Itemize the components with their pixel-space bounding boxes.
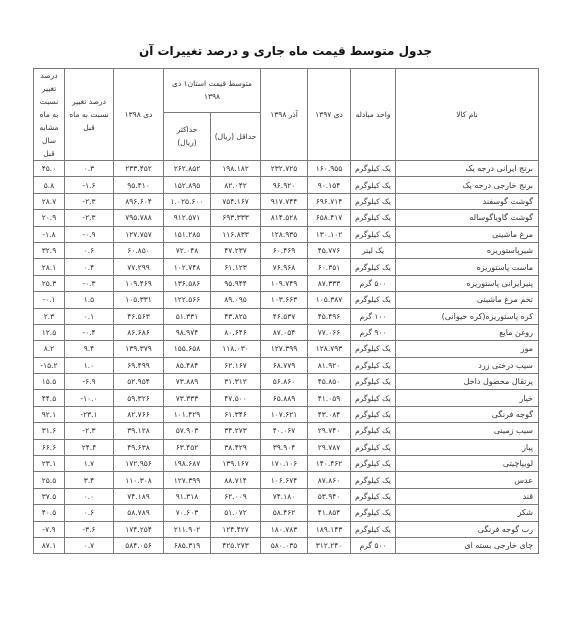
cell-max: ۲۱۱.۹۰۲ <box>164 521 211 537</box>
cell-min: ۴۲۵.۲۷۳ <box>211 537 261 553</box>
cell-dey1398: ۱۷۴.۲۵۴ <box>114 521 164 537</box>
cell-min: ۸۲.۰۴۲ <box>211 177 261 193</box>
cell-min: ۳۱.۳۱۲ <box>211 374 261 390</box>
cell-max: ۷۲.۰۴۸ <box>164 242 211 258</box>
cell-pct-month: ۰.۰ <box>65 488 114 504</box>
cell-name: قند <box>396 488 539 504</box>
header-min: حداقل (ریال) <box>211 112 261 160</box>
cell-azar1398: ۱۰۷.۶۲۱ <box>261 406 308 422</box>
cell-dey1398: ۷۴.۱۸۹ <box>114 488 164 504</box>
cell-azar1398: ۷۴.۱۸۰ <box>261 488 308 504</box>
cell-dey1398: ۹۵.۴۱۰ <box>114 177 164 193</box>
cell-dey1398: ۶۹.۴۹۹ <box>114 357 164 373</box>
cell-dey1397: ۵۳.۹۴۰ <box>308 488 351 504</box>
cell-pct-month: ۳.۶- <box>65 521 114 537</box>
cell-min: ۶۲.۱۶۷ <box>211 357 261 373</box>
cell-azar1398: ۶۵.۸۸۹ <box>261 390 308 406</box>
cell-unit: یک کیلوگرم <box>351 374 396 390</box>
header-dey1397: دی ۱۳۹۷ <box>308 69 351 161</box>
table-row: شکریک کیلوگرم۴۱.۸۵۴۵۸.۴۶۲۵۱.۰۷۲۷۰.۶۰۳۵۸.… <box>34 505 539 521</box>
table-row: کره پاستوریزه(کره حیوانی)۱۰۰ گرم۴۵.۴۹۶۴۶… <box>34 308 539 324</box>
cell-min: ۸۸.۷۱۴ <box>211 472 261 488</box>
cell-name: گوشت گاوياگوساله <box>396 210 539 226</box>
cell-dey1397: ۳۱۲.۲۴۰ <box>308 537 351 553</box>
cell-unit: یک کیلوگرم <box>351 161 396 177</box>
cell-pct-year: ۹۲.۱ <box>34 406 65 422</box>
cell-name: سیب زمینی <box>396 423 539 439</box>
cell-dey1398: ۵۹.۳۲۶ <box>114 390 164 406</box>
cell-pct-year: ۲.۳ <box>34 308 65 324</box>
cell-azar1398: ۸۷.۰۵۴ <box>261 324 308 340</box>
cell-max: ۱۵۱.۲۸۵ <box>164 226 211 242</box>
table-row: پیازیک کیلوگرم۲۹.۷۸۷۳۹.۹۰۴۳۸.۴۲۹۶۳.۴۵۲۴۹… <box>34 439 539 455</box>
cell-dey1397: ۶۵۸.۴۱۷ <box>308 210 351 226</box>
cell-name: پیاز <box>396 439 539 455</box>
table-row: سیب زمینییک کیلوگرم۲۹.۷۴۰۴۰.۰۶۷۳۴.۲۷۳۵۷.… <box>34 423 539 439</box>
cell-azar1398: ۱۲۷.۳۹۹ <box>261 341 308 357</box>
cell-pct-month: ۱.۵ <box>65 292 114 308</box>
cell-pct-month: ۰.۱ <box>65 308 114 324</box>
cell-max: ۱۵۵.۶۵۸ <box>164 341 211 357</box>
cell-azar1398: ۶۸.۷۷۹ <box>261 357 308 373</box>
cell-azar1398: ۹۶.۹۲۰ <box>261 177 308 193</box>
cell-name: چای خارجی بسته ای <box>396 537 539 553</box>
cell-pct-year: ۲۸.۷ <box>34 193 65 209</box>
cell-name: تخم مرغ ماشینی <box>396 292 539 308</box>
cell-pct-month: ۱.۰ <box>65 357 114 373</box>
cell-dey1398: ۵۲.۹۵۴ <box>114 374 164 390</box>
cell-unit: یک کیلوگرم <box>351 472 396 488</box>
cell-max: ۱.۰۲۵.۶۰۰ <box>164 193 211 209</box>
cell-unit: ۹۰۰ گرم <box>351 324 396 340</box>
cell-azar1398: ۴۰.۰۶۷ <box>261 423 308 439</box>
cell-min: ۳۸.۴۲۹ <box>211 439 261 455</box>
cell-name: عدس <box>396 472 539 488</box>
cell-pct-month: ۰.۳- <box>65 275 114 291</box>
table-row: روغن مایع۹۰۰ گرم۷۷.۰۶۶۸۷.۰۵۴۸۰.۶۴۶۹۸.۹۷۴… <box>34 324 539 340</box>
cell-dey1397: ۱۸۹.۱۴۳ <box>308 521 351 537</box>
cell-max: ۹۱۲.۵۷۱ <box>164 210 211 226</box>
cell-min: ۸۹.۰۹۵ <box>211 292 261 308</box>
cell-azar1398: ۱۰۹.۷۴۹ <box>261 275 308 291</box>
cell-azar1398: ۸۱۴.۵۲۸ <box>261 210 308 226</box>
table-row: سیب درختی زردیک کیلوگرم۸۱.۹۲۰۶۸.۷۷۹۶۲.۱۶… <box>34 357 539 373</box>
cell-pct-year: ۱۲.۵ <box>34 324 65 340</box>
cell-unit: یک کیلوگرم <box>351 439 396 455</box>
cell-azar1398: ۵۸.۴۶۲ <box>261 505 308 521</box>
cell-unit: ۵۰۰ گرم <box>351 537 396 553</box>
cell-dey1397: ۲۹.۷۸۷ <box>308 439 351 455</box>
cell-max: ۷۳.۸۸۹ <box>164 374 211 390</box>
cell-min: ۴۳.۸۲۵ <box>211 308 261 324</box>
cell-min: ۷۵۴.۱۶۷ <box>211 193 261 209</box>
cell-max: ۱۲۷.۳۹۹ <box>164 472 211 488</box>
cell-min: ۱۳۹.۱۶۷ <box>211 456 261 472</box>
cell-azar1398: ۳۹.۹۰۴ <box>261 439 308 455</box>
cell-azar1398: ۹۱۷.۷۴۴ <box>261 193 308 209</box>
table-row: موزیک کیلوگرم۱۲۸.۷۹۳۱۲۷.۳۹۹۱۱۸.۰۳۰۱۵۵.۶۵… <box>34 341 539 357</box>
cell-min: ۶۱.۳۴۶ <box>211 406 261 422</box>
cell-pct-month: ۱۰.۰- <box>65 390 114 406</box>
cell-min: ۸۰.۶۴۶ <box>211 324 261 340</box>
cell-min: ۱۲۴.۴۲۷ <box>211 521 261 537</box>
cell-pct-year: ۵.۸ <box>34 177 65 193</box>
cell-dey1398: ۱۳۹.۳۷۹ <box>114 341 164 357</box>
cell-max: ۱۲۲.۵۶۶ <box>164 292 211 308</box>
cell-dey1397: ۴۵.۴۹۶ <box>308 308 351 324</box>
cell-azar1398: ۱۷۰.۱۰۶ <box>261 456 308 472</box>
cell-dey1397: ۴۵.۷۷۶ <box>308 242 351 258</box>
cell-min: ۴۷.۲۳۷ <box>211 242 261 258</box>
cell-unit: یک کیلوگرم <box>351 177 396 193</box>
cell-pct-year: ۲۵.۳ <box>34 275 65 291</box>
cell-name: برنج ایرانی درجه یک <box>396 161 539 177</box>
cell-dey1397: ۱۰۵.۳۸۷ <box>308 292 351 308</box>
header-province-group: متوسط قیمت استان۱ دی ۱۳۹۸ <box>164 69 261 113</box>
table-row: گوجه فرنگییک کیلوگرم۴۳.۰۸۴۱۰۷.۶۲۱۶۱.۳۴۶۱… <box>34 406 539 422</box>
cell-unit: یک کیلوگرم <box>351 210 396 226</box>
cell-pct-month: ۳.۴ <box>65 472 114 488</box>
cell-dey1398: ۱۷۲.۹۵۶ <box>114 456 164 472</box>
cell-max: ۵۱.۳۳۱ <box>164 308 211 324</box>
cell-dey1398: ۷۹۵.۷۸۸ <box>114 210 164 226</box>
cell-max: ۹۸.۹۷۴ <box>164 324 211 340</box>
cell-dey1398: ۵۸۴.۰۵۶ <box>114 537 164 553</box>
cell-pct-year: ۸.۲ <box>34 341 65 357</box>
cell-max: ۱۰۱.۴۲۹ <box>164 406 211 422</box>
table-row: قندیک کیلوگرم۵۳.۹۴۰۷۴.۱۸۰۶۲.۰۰۹۹۱.۳۱۸۷۴.… <box>34 488 539 504</box>
cell-max: ۱۹۸.۶۸۷ <box>164 456 211 472</box>
header-name: نام کالا <box>396 69 539 161</box>
table-row: ماست پاستوریزهیک کیلوگرم۶۰.۳۵۱۷۶.۹۶۸۶۱.۱… <box>34 259 539 275</box>
cell-dey1398: ۱۲۷.۷۵۷ <box>114 226 164 242</box>
cell-azar1398: ۱۰۳.۶۶۳ <box>261 292 308 308</box>
header-azar1398: آذر ۱۳۹۸ <box>261 69 308 161</box>
cell-name: لوبیاچیتی <box>396 456 539 472</box>
cell-dey1398: ۲۳۳.۴۵۲ <box>114 161 164 177</box>
cell-name: گوشت گوسفند <box>396 193 539 209</box>
cell-pct-year: ۲۸.۱ <box>34 259 65 275</box>
cell-dey1397: ۷۷.۰۶۶ <box>308 324 351 340</box>
cell-pct-year: ۶۶.۶ <box>34 439 65 455</box>
cell-name: شکر <box>396 505 539 521</box>
cell-name: گوجه فرنگی <box>396 406 539 422</box>
table-row: مرغ ماشینییک کیلوگرم۱۳۰.۱۰۲۱۲۸.۹۳۵۱۱۶.۸۳… <box>34 226 539 242</box>
cell-unit: ۵۰۰ گرم <box>351 275 396 291</box>
cell-dey1397: ۴۵.۸۵۰ <box>308 374 351 390</box>
cell-pct-year: ۱۵.۵ <box>34 374 65 390</box>
cell-max: ۶۳.۴۵۲ <box>164 439 211 455</box>
cell-dey1398: ۸۹۶.۶۰۴ <box>114 193 164 209</box>
cell-dey1398: ۴۹.۶۳۸ <box>114 439 164 455</box>
cell-unit: یک کیلوگرم <box>351 488 396 504</box>
cell-name: روغن مایع <box>396 324 539 340</box>
cell-dey1397: ۲۹.۷۴۰ <box>308 423 351 439</box>
cell-dey1397: ۱۴۰.۴۶۲ <box>308 456 351 472</box>
table-row: پنیرایرانی پاستوریزه۵۰۰ گرم۸۷.۳۳۳۱۰۹.۷۴۹… <box>34 275 539 291</box>
table-row: عدسیک کیلوگرم۸۷.۸۶۰۱۰۶.۶۷۴۸۸.۷۱۴۱۲۷.۳۹۹۱… <box>34 472 539 488</box>
cell-dey1397: ۸۱.۹۲۰ <box>308 357 351 373</box>
cell-unit: یک کیلوگرم <box>351 521 396 537</box>
cell-azar1398: ۱۲۸.۹۳۵ <box>261 226 308 242</box>
cell-pct-year: ۴۴.۵ <box>34 390 65 406</box>
cell-unit: یک کیلوگرم <box>351 390 396 406</box>
cell-name: سیب درختی زرد <box>396 357 539 373</box>
cell-azar1398: ۱۸۰.۷۸۳ <box>261 521 308 537</box>
cell-dey1397: ۸۷.۳۳۳ <box>308 275 351 291</box>
cell-min: ۱۱۶.۸۳۳ <box>211 226 261 242</box>
cell-dey1398: ۸۶.۶۸۶ <box>114 324 164 340</box>
cell-pct-month: ۰.۴- <box>65 324 114 340</box>
cell-name: ماست پاستوریزه <box>396 259 539 275</box>
cell-pct-year: ۲۵.۵ <box>34 472 65 488</box>
cell-name: پرتقال محصول داخل <box>396 374 539 390</box>
cell-name: رب گوجه فرنگی <box>396 521 539 537</box>
table-row: رب گوجه فرنگییک کیلوگرم۱۸۹.۱۴۳۱۸۰.۷۸۳۱۲۴… <box>34 521 539 537</box>
table-title: جدول متوسط قیمت ماه جاری و درصد تغییرات … <box>0 44 571 58</box>
cell-dey1397: ۹۰.۱۵۴ <box>308 177 351 193</box>
cell-pct-year: ۲۰.۹ <box>34 210 65 226</box>
cell-max: ۱۵۲.۸۹۵ <box>164 177 211 193</box>
cell-dey1398: ۴۶.۵۶۳ <box>114 308 164 324</box>
header-unit: واحد مبادله <box>351 69 396 161</box>
cell-pct-month: ۱.۷ <box>65 456 114 472</box>
table-row: گوشت گوسفندیک کیلوگرم۶۹۶.۷۱۴۹۱۷.۷۴۴۷۵۴.۱… <box>34 193 539 209</box>
cell-dey1398: ۳۹.۱۲۸ <box>114 423 164 439</box>
cell-max: ۲۶۲.۸۵۲ <box>164 161 211 177</box>
cell-name: مرغ ماشینی <box>396 226 539 242</box>
cell-pct-year: ۱۵.۲- <box>34 357 65 373</box>
cell-name: خیار <box>396 390 539 406</box>
table-row: پرتقال محصول داخلیک کیلوگرم۴۵.۸۵۰۵۶.۸۶۰۳… <box>34 374 539 390</box>
cell-pct-month: ۲۳.۱- <box>65 406 114 422</box>
cell-pct-month: ۰.۶ <box>65 242 114 258</box>
cell-min: ۹۵.۹۴۴ <box>211 275 261 291</box>
cell-pct-month: ۰.۴ <box>65 259 114 275</box>
cell-azar1398: ۵۶.۸۶۰ <box>261 374 308 390</box>
cell-dey1397: ۴۱.۸۵۴ <box>308 505 351 521</box>
cell-dey1397: ۱۶۰.۹۵۵ <box>308 161 351 177</box>
cell-pct-month: ۹.۴ <box>65 341 114 357</box>
cell-pct-month: ۰.۳ <box>65 161 114 177</box>
cell-pct-month: ۲.۳- <box>65 423 114 439</box>
cell-min: ۱۹۸.۱۸۲ <box>211 161 261 177</box>
cell-azar1398: ۷۶.۹۶۸ <box>261 259 308 275</box>
cell-pct-month: ۲.۳- <box>65 193 114 209</box>
cell-azar1398: ۶۰.۴۶۹ <box>261 242 308 258</box>
cell-pct-year: ۱.۸- <box>34 226 65 242</box>
cell-azar1398: ۱۰۶.۶۷۴ <box>261 472 308 488</box>
cell-min: ۶۱.۱۲۳ <box>211 259 261 275</box>
cell-pct-month: ۶.۹- <box>65 374 114 390</box>
cell-dey1397: ۴۱.۰۵۹ <box>308 390 351 406</box>
cell-pct-year: ۲۳.۱ <box>34 456 65 472</box>
cell-unit: یک کیلوگرم <box>351 259 396 275</box>
cell-dey1398: ۱۰۹.۴۶۹ <box>114 275 164 291</box>
cell-unit: ۱۰۰ گرم <box>351 308 396 324</box>
table-row: خیاریک کیلوگرم۴۱.۰۵۹۶۵.۸۸۹۴۷.۵۰۰۷۳.۳۳۳۵۹… <box>34 390 539 406</box>
cell-max: ۸۵.۴۸۴ <box>164 357 211 373</box>
cell-pct-month: ۱.۶- <box>65 177 114 193</box>
table-row: برنج ایرانی درجه یکیک کیلوگرم۱۶۰.۹۵۵۲۳۲.… <box>34 161 539 177</box>
header-pct-year: درصد تغییر نسبت به ماه مشابه سال قبل <box>34 69 65 161</box>
cell-unit: یک کیلوگرم <box>351 505 396 521</box>
cell-pct-month: ۲۴.۴ <box>65 439 114 455</box>
cell-name: موز <box>396 341 539 357</box>
table-row: شیرپاستوریزهیک لیتر۴۵.۷۷۶۶۰.۴۶۹۴۷.۲۳۷۷۲.… <box>34 242 539 258</box>
cell-pct-month: ۰.۹- <box>65 226 114 242</box>
cell-unit: یک کیلوگرم <box>351 357 396 373</box>
table-row: تخم مرغ ماشینییک کیلوگرم۱۰۵.۳۸۷۱۰۳.۶۶۳۸۹… <box>34 292 539 308</box>
cell-min: ۱۱۸.۰۳۰ <box>211 341 261 357</box>
table-row: چای خارجی بسته ای۵۰۰ گرم۳۱۲.۲۴۰۵۸۰.۰۳۵۴۲… <box>34 537 539 553</box>
cell-max: ۹۱.۳۱۸ <box>164 488 211 504</box>
cell-unit: یک کیلوگرم <box>351 341 396 357</box>
cell-dey1398: ۱۱۰.۳۰۸ <box>114 472 164 488</box>
cell-azar1398: ۵۸۰.۰۳۵ <box>261 537 308 553</box>
price-table: نام کالا واحد مبادله دی ۱۳۹۷ آذر ۱۳۹۸ مت… <box>33 68 539 554</box>
cell-unit: یک کیلوگرم <box>351 292 396 308</box>
cell-pct-year: ۳۱.۶ <box>34 423 65 439</box>
cell-dey1398: ۶۰.۸۵۰ <box>114 242 164 258</box>
cell-pct-month: ۰.۶ <box>65 505 114 521</box>
cell-unit: یک کیلوگرم <box>351 226 396 242</box>
cell-max: ۵۷.۹۰۳ <box>164 423 211 439</box>
cell-azar1398: ۴۶.۵۳۷ <box>261 308 308 324</box>
cell-max: ۷۳.۳۳۳ <box>164 390 211 406</box>
cell-pct-year: ۳۷.۵ <box>34 488 65 504</box>
cell-name: شیرپاستوریزه <box>396 242 539 258</box>
cell-pct-month: ۲.۳- <box>65 210 114 226</box>
cell-min: ۴۷.۵۰۰ <box>211 390 261 406</box>
cell-unit: یک کیلوگرم <box>351 406 396 422</box>
cell-unit: یک کیلوگرم <box>351 423 396 439</box>
cell-unit: یک کیلوگرم <box>351 456 396 472</box>
cell-dey1397: ۱۲۸.۷۹۳ <box>308 341 351 357</box>
cell-name: پنیرایرانی پاستوریزه <box>396 275 539 291</box>
cell-dey1398: ۵۸.۷۸۹ <box>114 505 164 521</box>
cell-dey1398: ۷۷.۲۹۹ <box>114 259 164 275</box>
cell-min: ۳۴.۲۷۳ <box>211 423 261 439</box>
cell-dey1397: ۶۰.۳۵۱ <box>308 259 351 275</box>
table-body: برنج ایرانی درجه یکیک کیلوگرم۱۶۰.۹۵۵۲۳۲.… <box>34 161 539 554</box>
cell-min: ۵۱.۰۷۲ <box>211 505 261 521</box>
cell-max: ۶۸۵.۳۱۹ <box>164 537 211 553</box>
cell-pct-year: ۳۲.۹ <box>34 242 65 258</box>
cell-min: ۶۹۳.۳۳۳ <box>211 210 261 226</box>
cell-pct-year: ۴۵.۰ <box>34 161 65 177</box>
cell-name: کره پاستوریزه(کره حیوانی) <box>396 308 539 324</box>
header-pct-month: درصد تغییر نسبت به ماه قبل <box>65 69 114 161</box>
cell-pct-year: ۰.۱- <box>34 292 65 308</box>
header-max: حداکثر (ریال) <box>164 112 211 160</box>
cell-max: ۱۳۶.۵۸۶ <box>164 275 211 291</box>
cell-dey1397: ۱۳۰.۱۰۲ <box>308 226 351 242</box>
cell-dey1398: ۸۲.۷۶۶ <box>114 406 164 422</box>
cell-dey1398: ۱۰۵.۳۳۱ <box>114 292 164 308</box>
cell-dey1397: ۸۷.۸۶۰ <box>308 472 351 488</box>
cell-pct-month: ۰.۷ <box>65 537 114 553</box>
cell-dey1397: ۴۳.۰۸۴ <box>308 406 351 422</box>
cell-pct-year: ۴۰.۵ <box>34 505 65 521</box>
table-row: برنج خارجی درجه یکیک کیلوگرم۹۰.۱۵۴۹۶.۹۲۰… <box>34 177 539 193</box>
table-row: گوشت گاوياگوسالهیک کیلوگرم۶۵۸.۴۱۷۸۱۴.۵۲۸… <box>34 210 539 226</box>
cell-dey1397: ۶۹۶.۷۱۴ <box>308 193 351 209</box>
cell-name: برنج خارجی درجه یک <box>396 177 539 193</box>
cell-unit: یک لیتر <box>351 242 396 258</box>
header-dey1398: دی ۱۳۹۸ <box>114 69 164 161</box>
cell-pct-year: ۸۷.۱ <box>34 537 65 553</box>
cell-max: ۷۰.۶۰۳ <box>164 505 211 521</box>
cell-max: ۱۰۲.۷۴۸ <box>164 259 211 275</box>
cell-unit: یک کیلوگرم <box>351 193 396 209</box>
table-row: لوبیاچیتییک کیلوگرم۱۴۰.۴۶۲۱۷۰.۱۰۶۱۳۹.۱۶۷… <box>34 456 539 472</box>
cell-azar1398: ۲۳۲.۷۲۵ <box>261 161 308 177</box>
cell-min: ۶۲.۰۰۹ <box>211 488 261 504</box>
cell-pct-year: ۷.۹- <box>34 521 65 537</box>
